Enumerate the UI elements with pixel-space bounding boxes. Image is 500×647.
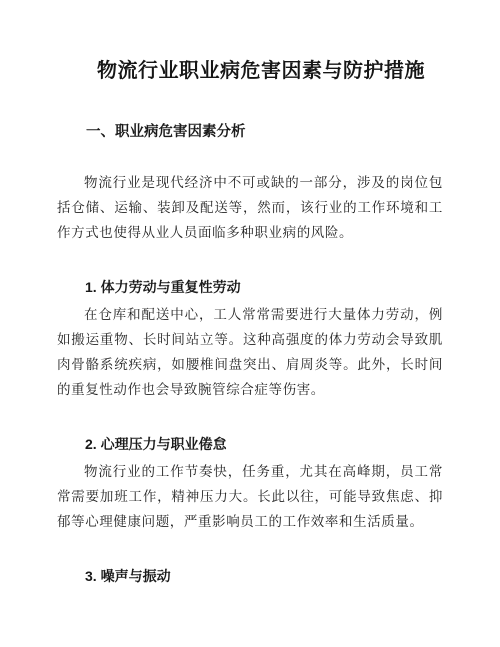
- subsection-heading-noise-vibration: 3. 噪声与振动: [57, 564, 443, 589]
- intro-paragraph: 物流行业是现代经济中不可或缺的一部分，涉及的岗位包括仓储、运输、装卸及配送等，然…: [57, 170, 443, 245]
- subsection-heading-psychological-stress: 2. 心理压力与职业倦怠: [57, 432, 443, 457]
- document-title: 物流行业职业病危害因素与防护措施: [68, 56, 454, 86]
- subsection-body-physical-labor: 在仓库和配送中心，工人常常需要进行大量体力劳动，例如搬运重物、长时间站立等。这种…: [57, 302, 443, 402]
- document-page: 物流行业职业病危害因素与防护措施 一、职业病危害因素分析 物流行业是现代经济中不…: [0, 0, 500, 647]
- subsection-heading-physical-labor: 1. 体力劳动与重复性劳动: [57, 275, 443, 300]
- subsection-body-psychological-stress: 物流行业的工作节奏快，任务重，尤其在高峰期，员工常常需要加班工作，精神压力大。长…: [57, 459, 443, 534]
- section-heading-hazard-analysis: 一、职业病危害因素分析: [57, 120, 443, 145]
